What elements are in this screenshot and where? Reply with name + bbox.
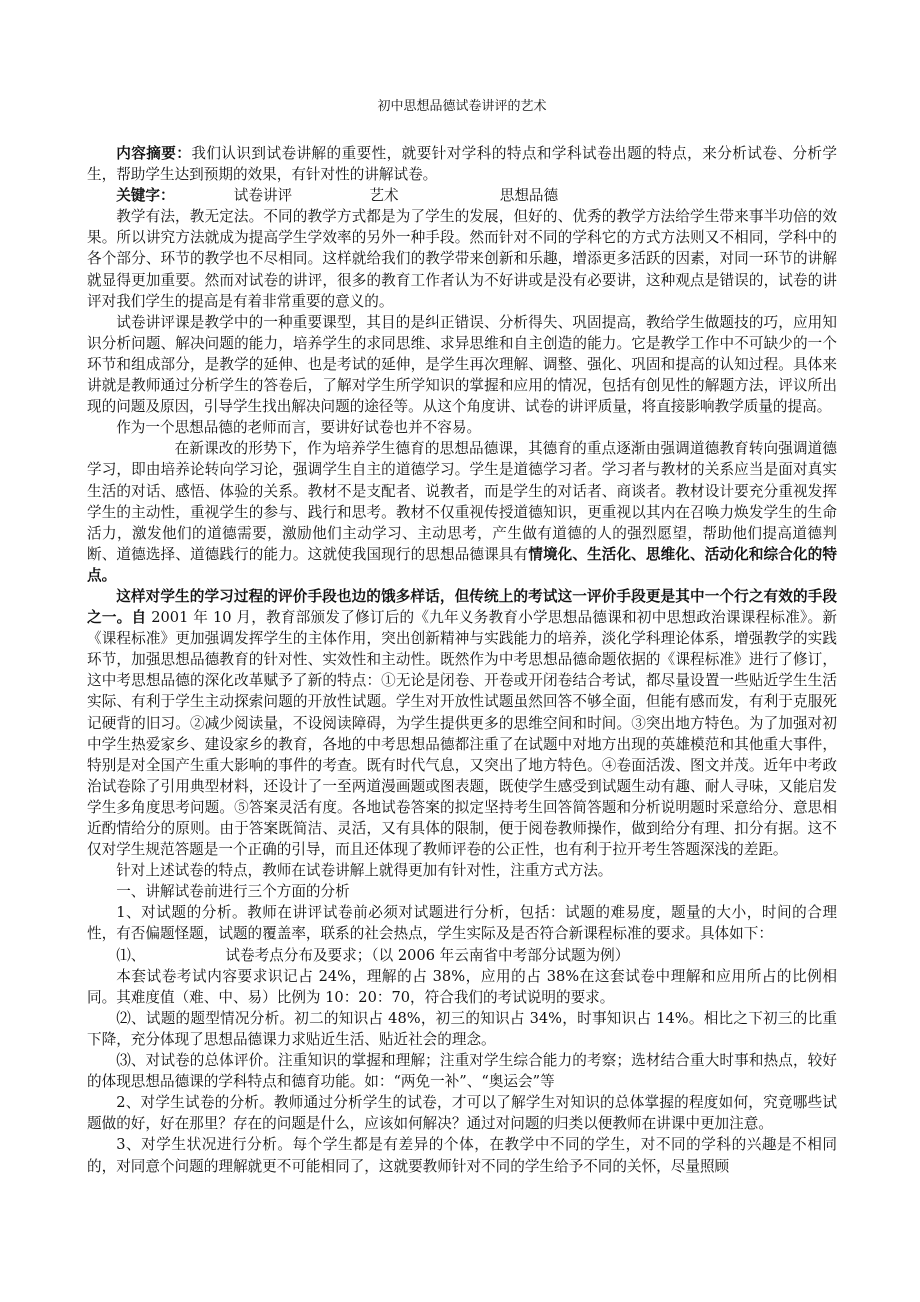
point-2: 2、对学生试卷的分析。教师通过分析学生的试卷，才可以了解学生对知识的总体掌握的程… <box>87 1092 837 1134</box>
evaluation-text: 2001 年 10 月，教育部颁发了修订后的《九年义务教育小学思想品德课和初中思… <box>87 609 837 858</box>
document-body: 内容摘要：我们认识到试卷讲解的重要性，就要针对学科的特点和学科试卷出题的特点，来… <box>87 143 837 1177</box>
sub-point-1-detail: 本套试卷考试内容要求识记占 24%，理解的占 38%，应用的占 38%在这套试卷… <box>87 966 837 1008</box>
document-title: 初中思想品德试卷讲评的艺术 <box>87 98 837 116</box>
point-1: 1、对试题的分析。教师在讲评试卷前必须对试题进行分析，包括：试题的难易度，题量的… <box>87 902 837 944</box>
reform-text: 在新课改的形势下，作为培养学生德育的思想品德课，其德育的重点逐渐由强调道德教育转… <box>87 440 837 562</box>
evaluation-paragraph: 这样对学生的学习过程的评价手段也边的饿多样话，但传统上的考试这一评价手段更是其中… <box>87 586 837 860</box>
paragraph: 试卷讲评课是教学中的一种重要课型，其目的是纠正错误、分析得失、巩固提高，教给学生… <box>87 312 837 417</box>
keyword: 试卷讲评 <box>205 185 293 206</box>
abstract-text: 我们认识到试卷讲解的重要性，就要针对学科的特点和学科试卷出题的特点，来分析试卷、… <box>87 145 837 183</box>
point-3: 3、对学生状况进行分析。每个学生都是有差异的个体，在教学中不同的学生，对不同的学… <box>87 1134 837 1176</box>
transition-paragraph: 针对上述试卷的特点，教师在试卷讲解上就得更加有针对性，注重方式方法。 <box>87 860 837 881</box>
abstract: 内容摘要：我们认识到试卷讲解的重要性，就要针对学科的特点和学科试卷出题的特点，来… <box>87 143 837 185</box>
abstract-label: 内容摘要： <box>116 145 191 162</box>
paragraph: 作为一个思想品德的老师而言，要讲好试卷也并不容易。 <box>87 417 837 438</box>
sub-point-1: ⑴、试卷考点分布及要求；（以 2006 年云南省中考部分试题为例） <box>87 945 837 966</box>
sub-point-1-label: ⑴、 <box>116 947 145 964</box>
reform-paragraph: 在新课改的形势下，作为培养学生德育的思想品德课，其德育的重点逐渐由强调道德教育转… <box>87 438 837 586</box>
keyword: 艺术 <box>340 185 398 206</box>
sub-point-2: ⑵、试题的题型情况分析。初二的知识占 48%，初三的知识占 34%，时事知识占 … <box>87 1008 837 1050</box>
keywords-label: 关键字： <box>116 187 174 204</box>
keywords: 关键字：试卷讲评艺术思想品德 <box>87 185 837 206</box>
paragraph: 教学有法，教无定法。不同的教学方式都是为了学生的发展，但好的、优秀的教学方法给学… <box>87 206 837 311</box>
keyword: 思想品德 <box>471 185 559 206</box>
section-heading: 一、讲解试卷前进行三个方面的分析 <box>87 881 837 902</box>
sub-point-3: ⑶、对试卷的总体评价。注重知识的掌握和理解；注重对学生综合能力的考察；选材结合重… <box>87 1050 837 1092</box>
sub-point-1-text: 试卷考点分布及要求；（以 2006 年云南省中考部分试题为例） <box>225 947 629 964</box>
